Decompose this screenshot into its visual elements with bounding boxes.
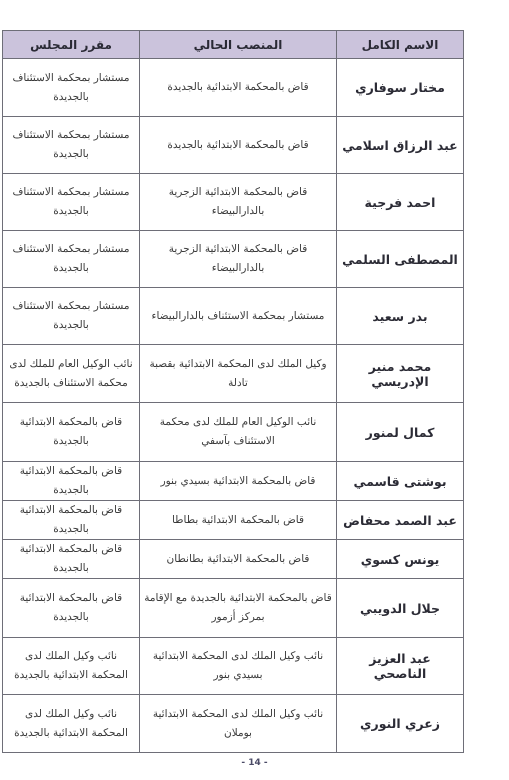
document-page: الاسم الكامل المنصب الحالي مقرر المجلس م… [0, 0, 509, 780]
current-position-cell: قاض بالمحكمة الابتدائية بالجديدة مع الإق… [140, 579, 337, 638]
table-row: عبد العزيز الناصحينائب وكيل الملك لدى ال… [3, 638, 464, 695]
judge-name-cell: المصطفى السلمي [337, 231, 464, 288]
current-position-cell: قاض بالمحكمة الابتدائية بطانطان [140, 540, 337, 579]
current-position-cell: قاض بالمحكمة الابتدائية بطاطا [140, 501, 337, 540]
judges-table: الاسم الكامل المنصب الحالي مقرر المجلس م… [2, 30, 464, 753]
current-position-cell: قاض بالمحكمة الابتدائية الزجرية بالدارال… [140, 231, 337, 288]
header-full-name: الاسم الكامل [337, 31, 464, 59]
council-seat-cell: قاض بالمحكمة الابتدائية بالجديدة [3, 501, 140, 540]
council-seat-cell: مستشار بمحكمة الاستئناف بالجديدة [3, 117, 140, 174]
judge-name-cell: عبد الرزاق اسلامي [337, 117, 464, 174]
table-row: مختار سوفاريقاض بالمحكمة الابتدائية بالج… [3, 59, 464, 117]
current-position-cell: نائب وكيل الملك لدى المحكمة الابتدائية ب… [140, 638, 337, 695]
judge-name-cell: بوشتى قاسمي [337, 462, 464, 501]
judge-name-cell: احمد فرجية [337, 174, 464, 231]
current-position-cell: وكيل الملك لدى المحكمة الابتدائية بقصبة … [140, 345, 337, 403]
judge-name-cell: محمد منير الإدريسي [337, 345, 464, 403]
judge-name-cell: عبد العزيز الناصحي [337, 638, 464, 695]
council-seat-cell: نائب وكيل الملك لدى المحكمة الابتدائية ب… [3, 695, 140, 753]
table-row: عبد الصمد محفاضقاض بالمحكمة الابتدائية ب… [3, 501, 464, 540]
current-position-cell: قاض بالمحكمة الابتدائية بسيدي بنور [140, 462, 337, 501]
table-row: كمال لمنورنائب الوكيل العام للملك لدى مح… [3, 403, 464, 462]
council-seat-cell: مستشار بمحكمة الاستئناف بالجديدة [3, 174, 140, 231]
table-row: محمد منير الإدريسيوكيل الملك لدى المحكمة… [3, 345, 464, 403]
council-seat-cell: نائب الوكيل العام للملك لدى محكمة الاستئ… [3, 345, 140, 403]
current-position-cell: قاض بالمحكمة الابتدائية بالجديدة [140, 59, 337, 117]
current-position-cell: قاض بالمحكمة الابتدائية الزجرية بالدارال… [140, 174, 337, 231]
header-council-seat: مقرر المجلس [3, 31, 140, 59]
current-position-cell: قاض بالمحكمة الابتدائية بالجديدة [140, 117, 337, 174]
table-header-row: الاسم الكامل المنصب الحالي مقرر المجلس [3, 31, 464, 59]
current-position-cell: نائب الوكيل العام للملك لدى محكمة الاستئ… [140, 403, 337, 462]
council-seat-cell: قاض بالمحكمة الابتدائية بالجديدة [3, 403, 140, 462]
table-body: مختار سوفاريقاض بالمحكمة الابتدائية بالج… [3, 59, 464, 753]
council-seat-cell: قاض بالمحكمة الابتدائية بالجديدة [3, 540, 140, 579]
judge-name-cell: مختار سوفاري [337, 59, 464, 117]
council-seat-cell: قاض بالمحكمة الابتدائية بالجديدة [3, 579, 140, 638]
table-row: احمد فرجيةقاض بالمحكمة الابتدائية الزجري… [3, 174, 464, 231]
council-seat-cell: مستشار بمحكمة الاستئناف بالجديدة [3, 59, 140, 117]
table-row: بدر سعيدمستشار بمحكمة الاستئناف بالدارال… [3, 288, 464, 345]
table-row: يونس كسويقاض بالمحكمة الابتدائية بطانطان… [3, 540, 464, 579]
table-row: المصطفى السلميقاض بالمحكمة الابتدائية ال… [3, 231, 464, 288]
header-current-position: المنصب الحالي [140, 31, 337, 59]
council-seat-cell: مستشار بمحكمة الاستئناف بالجديدة [3, 231, 140, 288]
table-row: زعري النورينائب وكيل الملك لدى المحكمة ا… [3, 695, 464, 753]
judge-name-cell: بدر سعيد [337, 288, 464, 345]
judge-name-cell: عبد الصمد محفاض [337, 501, 464, 540]
current-position-cell: مستشار بمحكمة الاستئناف بالدارالبيضاء [140, 288, 337, 345]
table-row: عبد الرزاق اسلاميقاض بالمحكمة الابتدائية… [3, 117, 464, 174]
table-row: بوشتى قاسميقاض بالمحكمة الابتدائية بسيدي… [3, 462, 464, 501]
judge-name-cell: كمال لمنور [337, 403, 464, 462]
table-row: جلال الدويبيقاض بالمحكمة الابتدائية بالج… [3, 579, 464, 638]
council-seat-cell: مستشار بمحكمة الاستئناف بالجديدة [3, 288, 140, 345]
judge-name-cell: جلال الدويبي [337, 579, 464, 638]
current-position-cell: نائب وكيل الملك لدى المحكمة الابتدائية ب… [140, 695, 337, 753]
page-number: - 14 - [0, 758, 509, 768]
council-seat-cell: نائب وكيل الملك لدى المحكمة الابتدائية ب… [3, 638, 140, 695]
council-seat-cell: قاض بالمحكمة الابتدائية بالجديدة [3, 462, 140, 501]
judge-name-cell: يونس كسوي [337, 540, 464, 579]
judge-name-cell: زعري النوري [337, 695, 464, 753]
